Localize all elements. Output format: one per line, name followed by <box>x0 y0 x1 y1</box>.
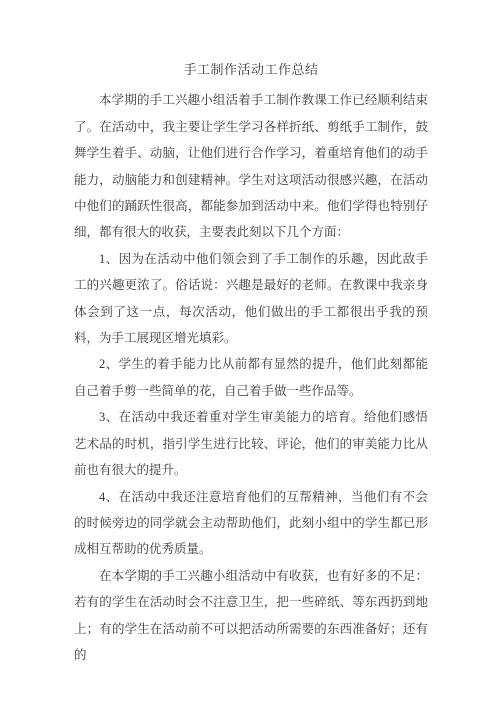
paragraph-point-4: 4、在活动中我还注意培育他们的互帮精神，当他们有不会的时候旁边的同学就会主动帮助… <box>74 484 428 563</box>
paragraph-point-1: 1、因为在活动中他们领会到了手工制作的乐趣，因此敌手工的兴趣更浓了。俗话说：兴趣… <box>74 246 428 352</box>
document-page: 手工制作活动工作总结 本学期的手工兴趣小组活着手工制作教课工作已经顺利结束了。在… <box>0 0 500 708</box>
paragraph-point-2: 2、学生的着手能力比从前都有显然的提升，他们此刻都能自己着手剪一些简单的花，自己… <box>74 351 428 404</box>
paragraph-point-3: 3、在活动中我还着重对学生审美能力的培育。给他们感悟艺术品的时机，指引学生进行比… <box>74 404 428 483</box>
paragraph-intro: 本学期的手工兴趣小组活着手工制作教课工作已经顺利结束了。在活动中，我主要让学生学… <box>74 87 428 245</box>
document-title: 手工制作活动工作总结 <box>74 57 428 83</box>
document-body: 本学期的手工兴趣小组活着手工制作教课工作已经顺利结束了。在活动中，我主要让学生学… <box>74 87 428 668</box>
paragraph-shortcomings: 在本学期的手工兴趣小组活动中有收获，也有好多的不足：若有的学生在活动时会不注意卫… <box>74 563 428 669</box>
